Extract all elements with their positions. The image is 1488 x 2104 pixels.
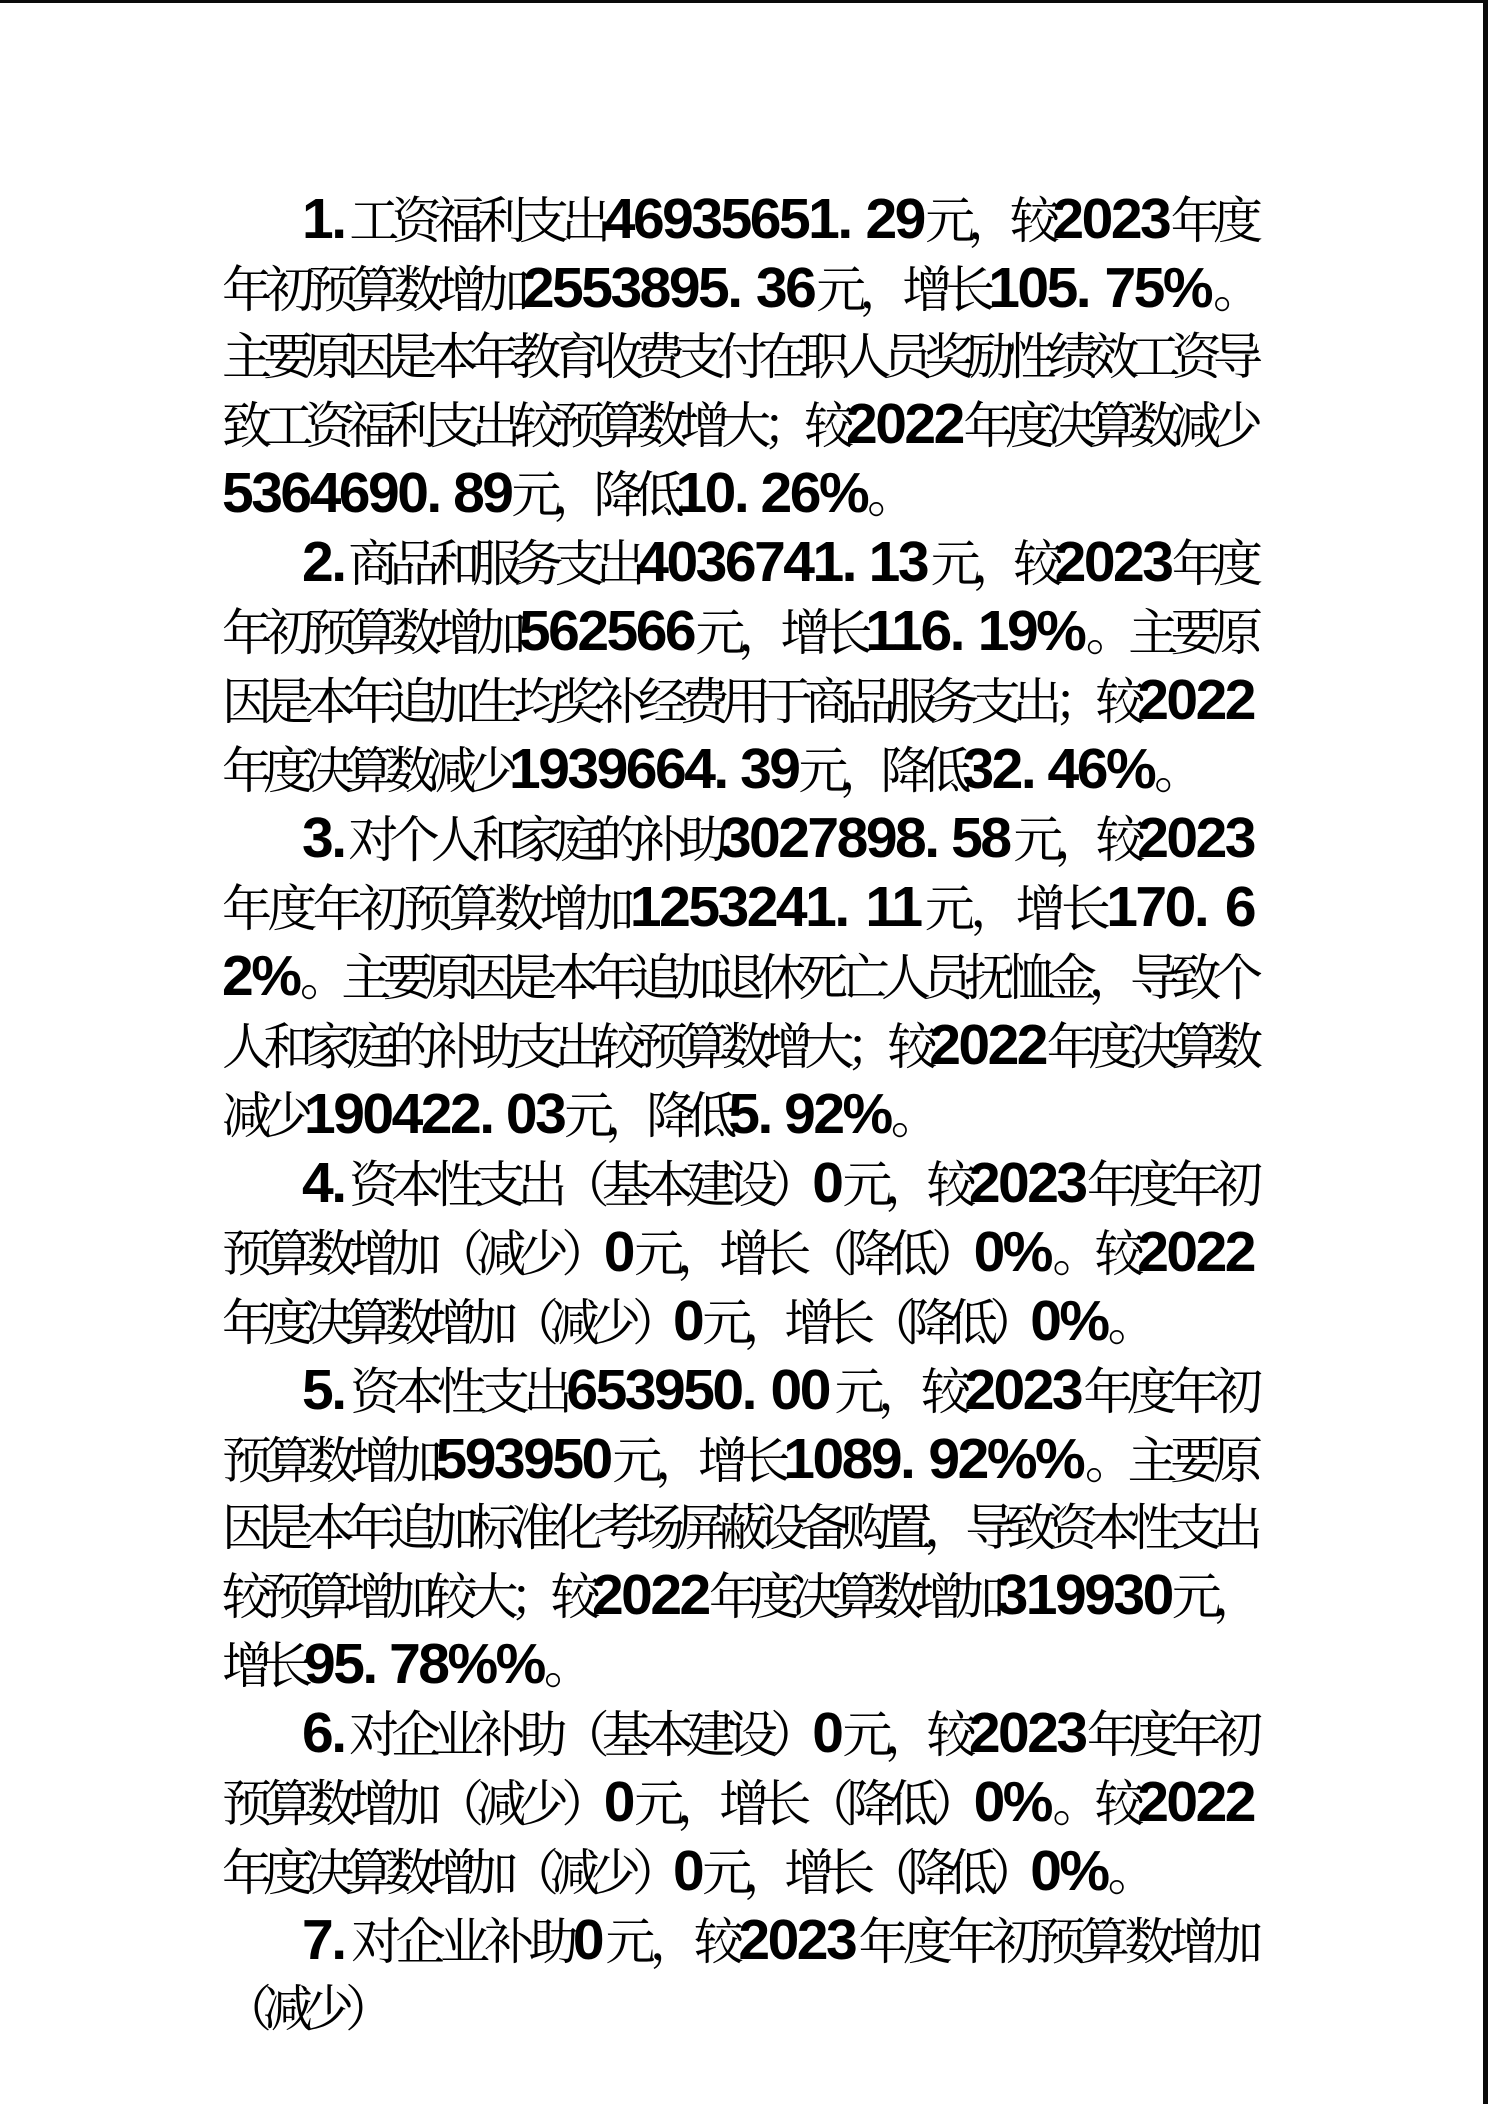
paragraph-enterprise-subsidy-construction: 6. 对企业补助（基本建设）0元，较2023年度年初预算数增加（减少）0元，增长… xyxy=(222,1700,1254,1907)
paragraph-goods-services-expense: 2. 商品和服务支出4036741. 13 元，较2023年度年初预算数增加56… xyxy=(222,529,1254,805)
paragraph-capital-expense: 5. 资本性支出653950. 00 元，较2023年度年初预算数增加59395… xyxy=(222,1357,1254,1700)
paragraph-wage-welfare-expense: 1. 工资福利支出46935651. 29元，较2023年度年初预算数增加255… xyxy=(222,186,1254,529)
document-page: 1. 工资福利支出46935651. 29元，较2023年度年初预算数增加255… xyxy=(0,0,1488,2104)
paragraph-individual-family-subsidy: 3. 对个人和家庭的补助3027898. 58 元，较2023年度年初预算数增加… xyxy=(222,805,1254,1150)
page-right-edge xyxy=(1483,0,1488,2104)
page-top-edge xyxy=(0,0,1488,3)
paragraph-enterprise-subsidy: 7. 对企业补助0元，较2023年度年初预算数增加（减少） xyxy=(222,1907,1254,2043)
document-body: 1. 工资福利支出46935651. 29元，较2023年度年初预算数增加255… xyxy=(222,186,1254,2043)
paragraph-capital-expense-construction: 4. 资本性支出（基本建设）0元，较2023年度年初预算数增加（减少）0元，增长… xyxy=(222,1150,1254,1357)
